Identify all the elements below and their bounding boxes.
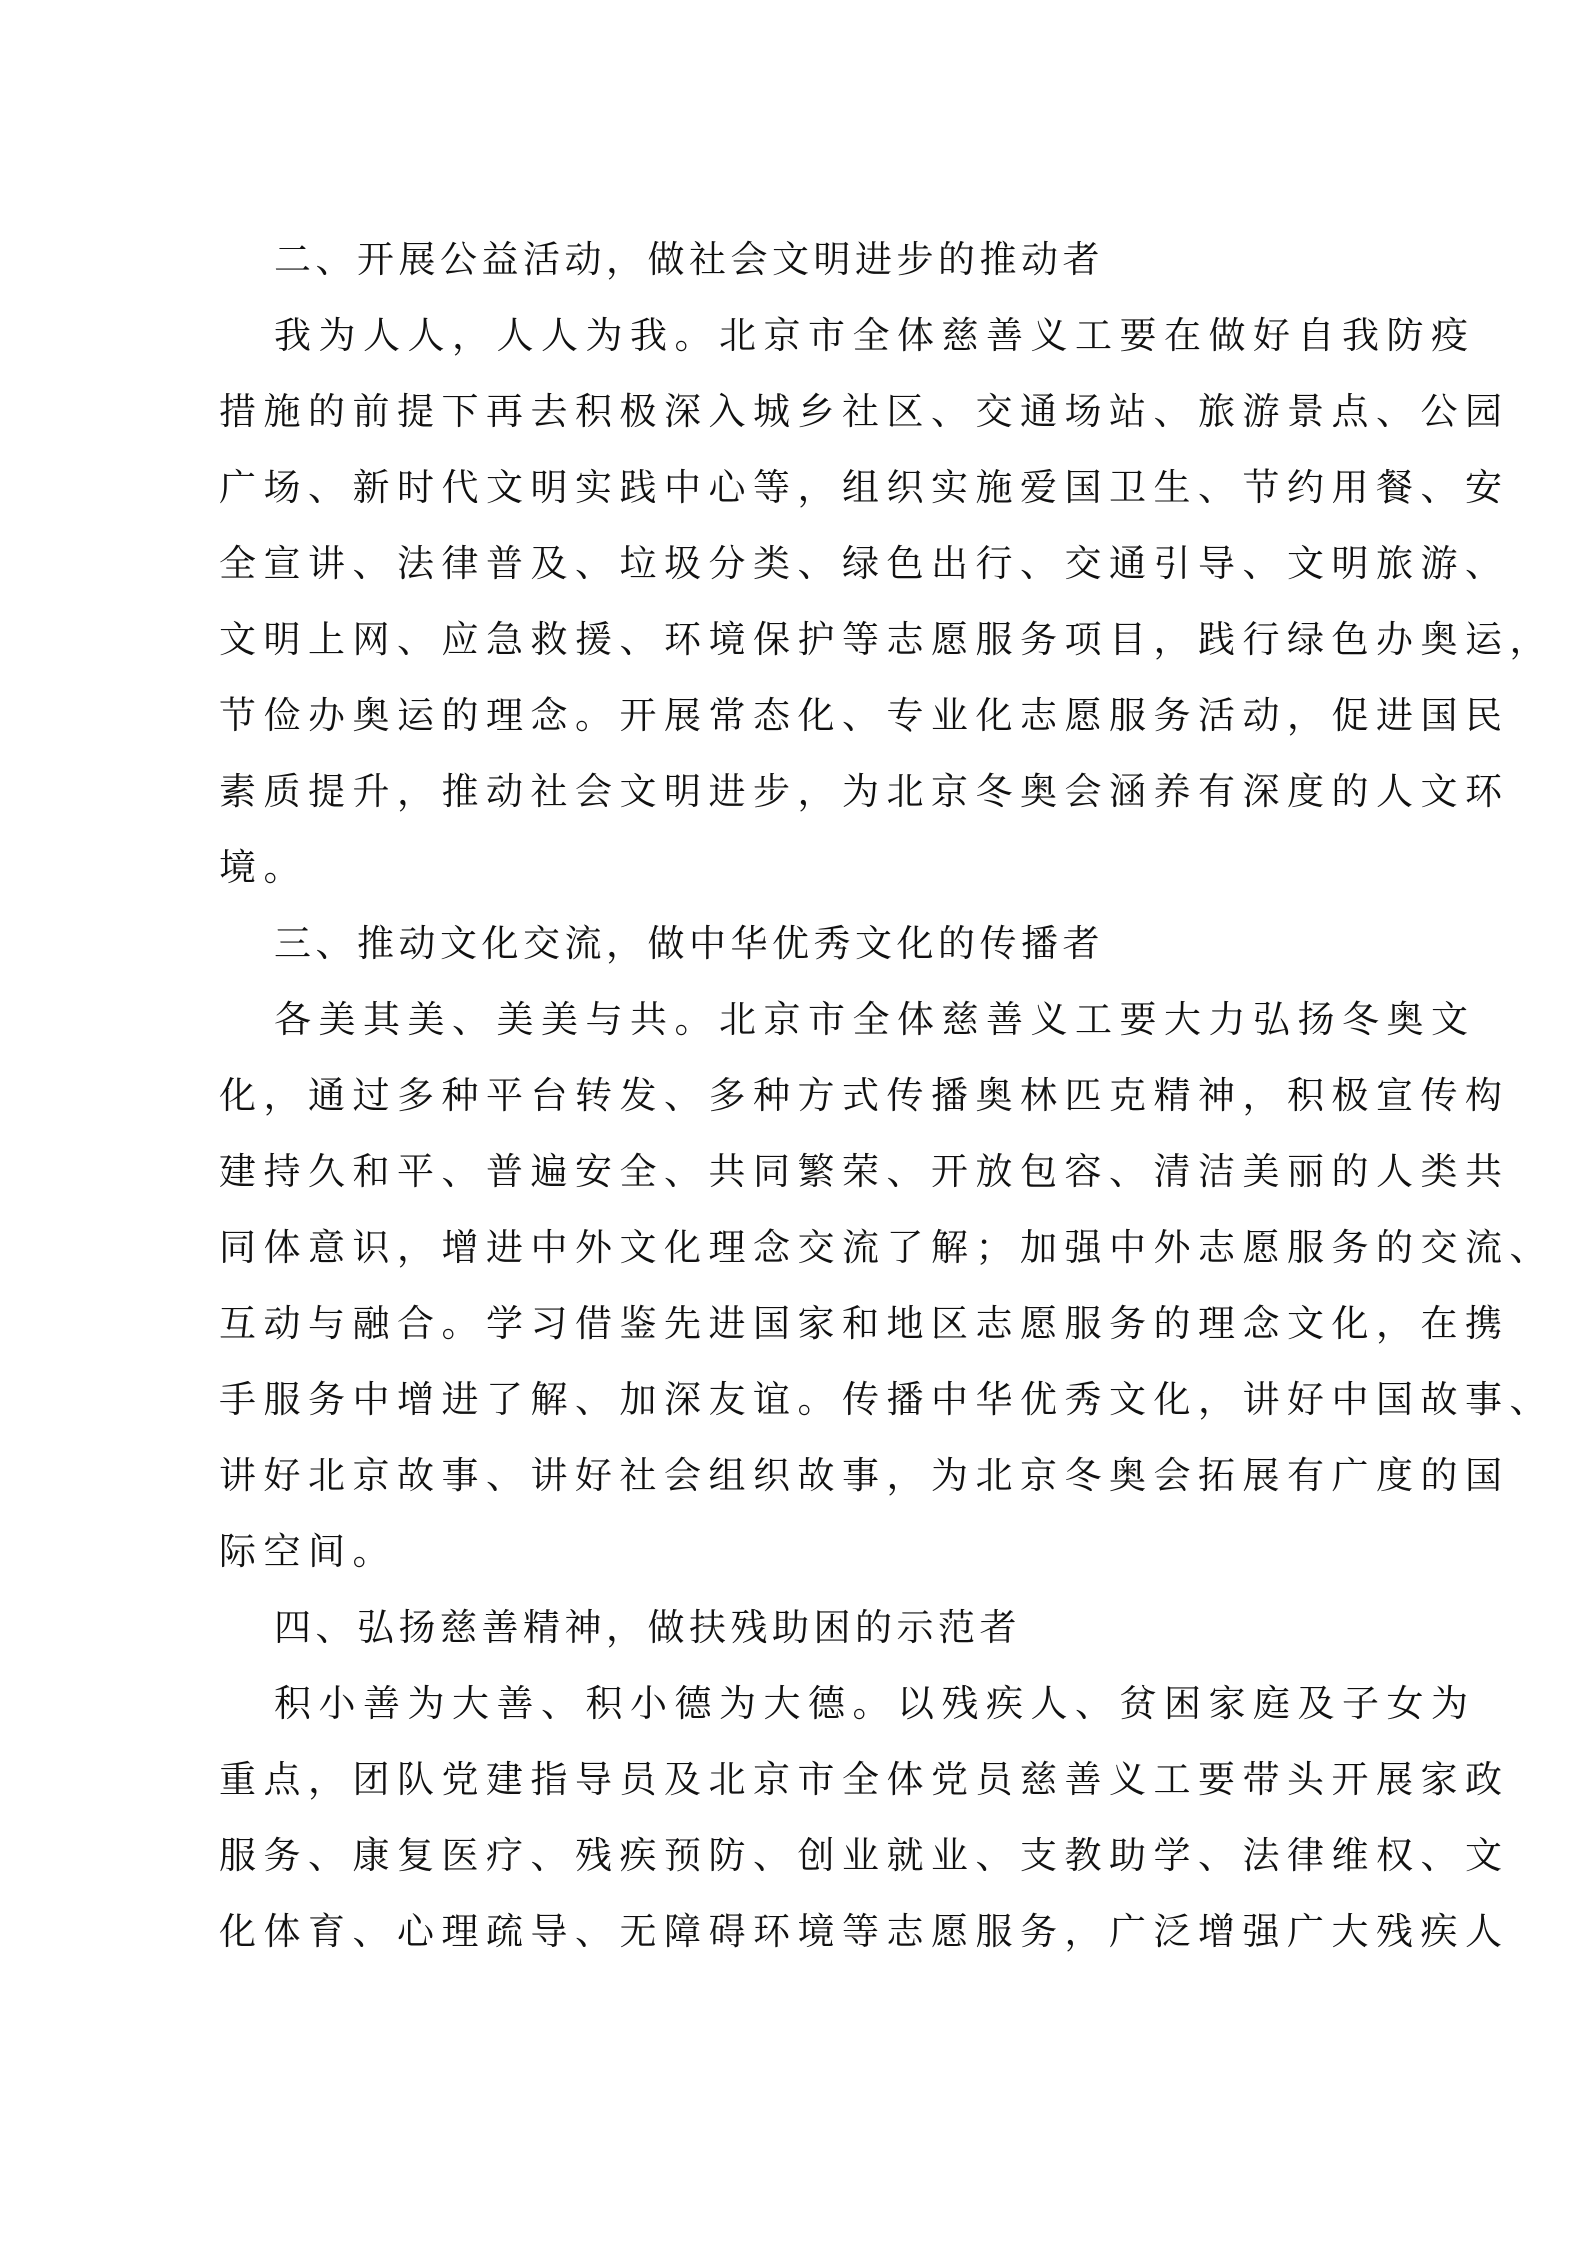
text-line: 重点，团队党建指导员及北京市全体党员慈善义工要带头开展家政 <box>219 1742 1414 1818</box>
text-line: 化体育、心理疏导、无障碍环境等志愿服务，广泛增强广大残疾人 <box>219 1894 1414 1970</box>
text-line: 节俭办奥运的理念。开展常态化、专业化志愿服务活动，促进国民 <box>219 678 1414 754</box>
section-heading: 三、推动文化交流，做中华优秀文化的传播者 <box>219 906 1414 982</box>
text-line: 际空间。 <box>219 1514 1414 1590</box>
text-line: 各美其美、美美与共。北京市全体慈善义工要大力弘扬冬奥文 <box>219 982 1414 1058</box>
document-page: 二、开展公益活动，做社会文明进步的推动者 我为人人，人人为我。北京市全体慈善义工… <box>219 222 1414 1970</box>
text-line: 服务、康复医疗、残疾预防、创业就业、支教助学、法律维权、文 <box>219 1818 1414 1894</box>
text-line: 讲好北京故事、讲好社会组织故事，为北京冬奥会拓展有广度的国 <box>219 1438 1414 1514</box>
text-line: 境。 <box>219 830 1414 906</box>
text-line: 我为人人，人人为我。北京市全体慈善义工要在做好自我防疫 <box>219 298 1414 374</box>
text-line: 手服务中增进了解、加深友谊。传播中华优秀文化，讲好中国故事、 <box>219 1362 1414 1438</box>
text-line: 互动与融合。学习借鉴先进国家和地区志愿服务的理念文化，在携 <box>219 1286 1414 1362</box>
section-paragraph: 积小善为大善、积小德为大德。以残疾人、贫困家庭及子女为 重点，团队党建指导员及北… <box>219 1666 1414 1970</box>
text-line: 措施的前提下再去积极深入城乡社区、交通场站、旅游景点、公园 <box>219 374 1414 450</box>
text-line: 化，通过多种平台转发、多种方式传播奥林匹克精神，积极宣传构 <box>219 1058 1414 1134</box>
text-line: 积小善为大善、积小德为大德。以残疾人、贫困家庭及子女为 <box>219 1666 1414 1742</box>
section-3: 三、推动文化交流，做中华优秀文化的传播者 各美其美、美美与共。北京市全体慈善义工… <box>219 906 1414 1590</box>
section-paragraph: 各美其美、美美与共。北京市全体慈善义工要大力弘扬冬奥文 化，通过多种平台转发、多… <box>219 982 1414 1590</box>
text-line: 文明上网、应急救援、环境保护等志愿服务项目，践行绿色办奥运， <box>219 602 1414 678</box>
section-heading: 二、开展公益活动，做社会文明进步的推动者 <box>219 222 1414 298</box>
text-line: 广场、新时代文明实践中心等，组织实施爱国卫生、节约用餐、安 <box>219 450 1414 526</box>
section-heading: 四、弘扬慈善精神，做扶残助困的示范者 <box>219 1590 1414 1666</box>
text-line: 同体意识，增进中外文化理念交流了解；加强中外志愿服务的交流、 <box>219 1210 1414 1286</box>
section-2: 二、开展公益活动，做社会文明进步的推动者 我为人人，人人为我。北京市全体慈善义工… <box>219 222 1414 906</box>
section-4: 四、弘扬慈善精神，做扶残助困的示范者 积小善为大善、积小德为大德。以残疾人、贫困… <box>219 1590 1414 1970</box>
text-line: 素质提升，推动社会文明进步，为北京冬奥会涵养有深度的人文环 <box>219 754 1414 830</box>
section-paragraph: 我为人人，人人为我。北京市全体慈善义工要在做好自我防疫 措施的前提下再去积极深入… <box>219 298 1414 906</box>
text-line: 建持久和平、普遍安全、共同繁荣、开放包容、清洁美丽的人类共 <box>219 1134 1414 1210</box>
text-line: 全宣讲、法律普及、垃圾分类、绿色出行、交通引导、文明旅游、 <box>219 526 1414 602</box>
